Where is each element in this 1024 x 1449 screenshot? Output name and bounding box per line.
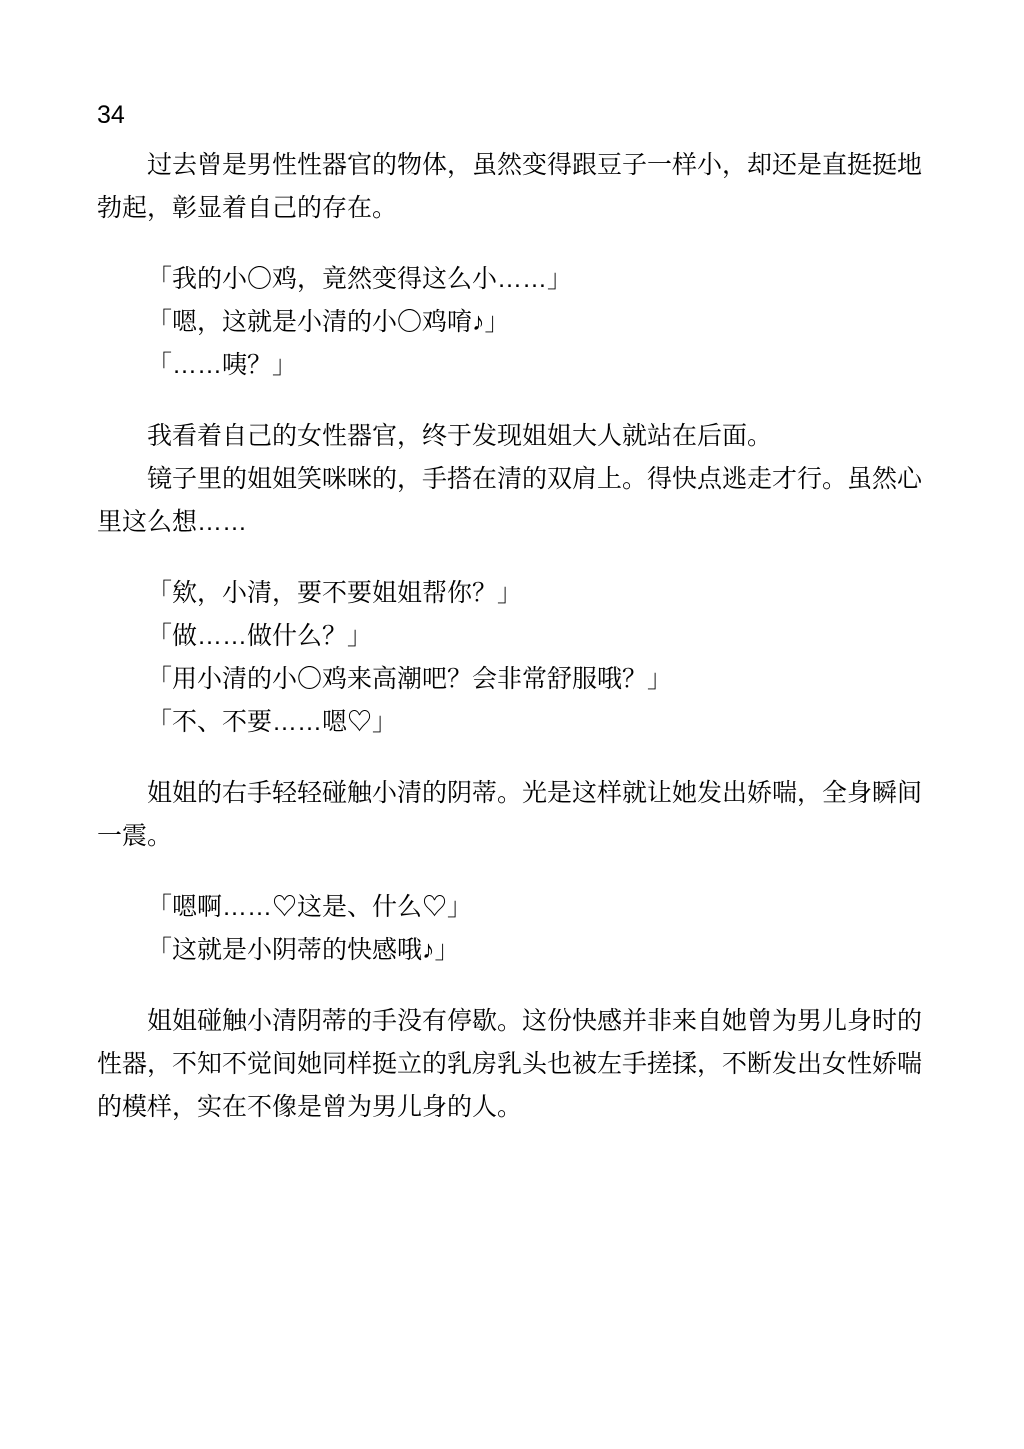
page-number: 34 xyxy=(97,100,927,130)
dialogue-block: 「嗯啊……♡这是、什么♡」 「这就是小阴蒂的快感哦♪」 xyxy=(97,886,925,972)
dialogue-line: 「我的小〇鸡，竟然变得这么小……」 xyxy=(97,258,925,301)
dialogue-block: 「我的小〇鸡，竟然变得这么小……」 「嗯，这就是小清的小〇鸡唷♪」 「……咦？」 xyxy=(97,258,925,387)
dialogue-line: 「嗯啊……♡这是、什么♡」 xyxy=(97,886,925,929)
dialogue-line: 「……咦？」 xyxy=(97,344,925,387)
dialogue-line: 「用小清的小〇鸡来高潮吧？会非常舒服哦？」 xyxy=(97,658,925,701)
paragraph: 过去曾是男性性器官的物体，虽然变得跟豆子一样小，却还是直挺挺地勃起，彰显着自己的… xyxy=(97,144,925,230)
paragraph-group: 我看着自己的女性器官，终于发现姐姐大人就站在后面。 镜子里的姐姐笑咪咪的，手搭在… xyxy=(97,415,925,544)
dialogue-line: 「这就是小阴蒂的快感哦♪」 xyxy=(97,929,925,972)
paragraph: 姐姐的右手轻轻碰触小清的阴蒂。光是这样就让她发出娇喘，全身瞬间一震。 xyxy=(97,772,925,858)
paragraph: 我看着自己的女性器官，终于发现姐姐大人就站在后面。 xyxy=(97,415,925,458)
text-column: 过去曾是男性性器官的物体，虽然变得跟豆子一样小，却还是直挺挺地勃起，彰显着自己的… xyxy=(97,144,925,1129)
paragraph: 镜子里的姐姐笑咪咪的，手搭在清的双肩上。得快点逃走才行。虽然心里这么想…… xyxy=(97,458,925,544)
dialogue-line: 「嗯，这就是小清的小〇鸡唷♪」 xyxy=(97,301,925,344)
document-page: 34 过去曾是男性性器官的物体，虽然变得跟豆子一样小，却还是直挺挺地勃起，彰显着… xyxy=(0,0,1024,1449)
dialogue-block: 「欸，小清，要不要姐姐帮你？」 「做……做什么？」 「用小清的小〇鸡来高潮吧？会… xyxy=(97,572,925,744)
paragraph: 姐姐碰触小清阴蒂的手没有停歇。这份快感并非来自她曾为男儿身时的性器，不知不觉间她… xyxy=(97,1000,925,1129)
dialogue-line: 「不、不要……嗯♡」 xyxy=(97,701,925,744)
dialogue-line: 「欸，小清，要不要姐姐帮你？」 xyxy=(97,572,925,615)
dialogue-line: 「做……做什么？」 xyxy=(97,615,925,658)
